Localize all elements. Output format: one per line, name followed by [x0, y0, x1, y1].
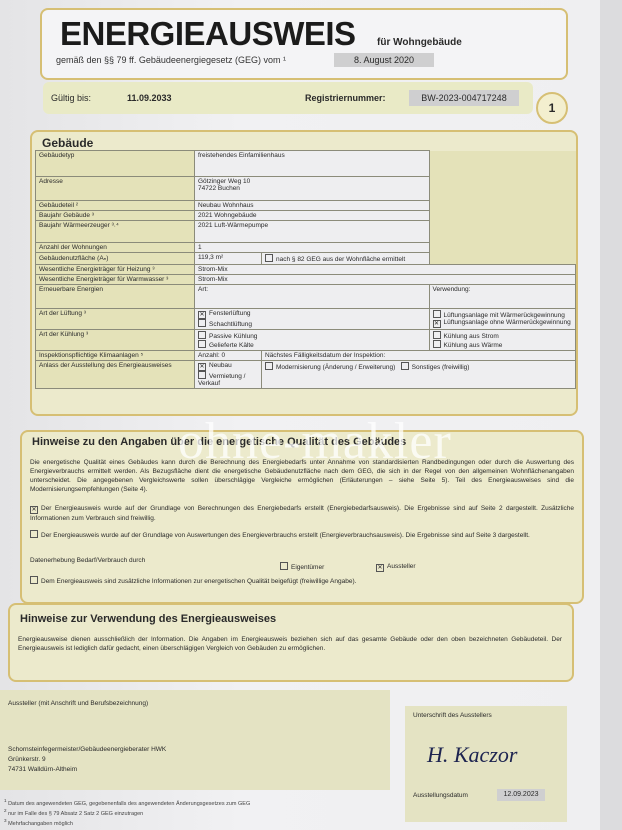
- gebaeude-section: Gebäude Gebäudetypfreistehendes Einfamil…: [30, 130, 578, 416]
- signature-label: Unterschrift des Ausstellers: [413, 712, 492, 719]
- value-energietraeger-heizung: Strom-Mix: [195, 265, 576, 275]
- law-date: 8. August 2020: [334, 53, 434, 67]
- date-label: Ausstellungsdatum: [413, 792, 468, 799]
- kuehlung-options-a[interactable]: Passive KühlungGelieferte Kälte: [195, 330, 430, 351]
- option-aussteller[interactable]: ✕Aussteller: [376, 562, 456, 572]
- signature: H. Kaczor: [427, 742, 517, 768]
- label-energietraeger-warmwasser: Wesentliche Energieträger für Warmwasser…: [36, 275, 195, 285]
- checkbox-icon[interactable]: [265, 254, 273, 262]
- checkbox-icon: [198, 319, 206, 327]
- aussteller-line2: Grünkerstr. 9: [8, 756, 46, 763]
- label-baujahr-gebaeude: Baujahr Gebäude ³: [36, 211, 195, 221]
- document-subtitle: für Wohngebäude: [377, 37, 462, 48]
- verwendung-section: Hinweise zur Verwendung des Energieauswe…: [8, 603, 574, 682]
- checkbox-icon: [198, 340, 206, 348]
- verwendung-title: Hinweise zur Verwendung des Energieauswe…: [20, 613, 276, 625]
- lueftung-options-b[interactable]: Lüftungsanlage mit Wärmerückgewinnung✕Lü…: [429, 309, 576, 330]
- aussteller-label: Aussteller (mit Anschrift und Berufsbeze…: [8, 700, 148, 707]
- value-baujahr-gebaeude: 2021 Wohngebäude: [195, 211, 430, 221]
- value-nutzflaeche: 119,3 m²: [195, 253, 262, 265]
- watermark: ohne-makler: [178, 412, 452, 471]
- label-energietraeger-heizung: Wesentliche Energieträger für Heizung ³: [36, 265, 195, 275]
- page-edge: [600, 0, 622, 830]
- value-inspektion: Nächstes Fälligkeitsdatum der Inspektion…: [262, 351, 576, 361]
- kuehlung-options-b[interactable]: Kühlung aus StromKühlung aus Wärme: [429, 330, 576, 351]
- label-klimaanlagen: Inspektionspflichtige Klimaanlagen ⁵: [36, 351, 195, 361]
- title-box: ENERGIEAUSWEIS für Wohngebäude gemäß den…: [40, 8, 568, 80]
- checkbox-icon: [433, 310, 441, 318]
- page-number-badge: 1: [536, 92, 568, 124]
- registration-number: BW-2023-004717248: [409, 90, 519, 106]
- value-baujahr-waermeerzeuger: 2021 Luft-Wärmepumpe: [195, 221, 430, 243]
- option-verbrauch[interactable]: Der Energieausweis wurde auf der Grundla…: [30, 530, 574, 540]
- option-eigentuemer[interactable]: Eigentümer: [280, 562, 360, 572]
- checkbox-checked-icon: ✕: [198, 311, 206, 319]
- checkbox-icon: [198, 331, 206, 339]
- verwendung-text: Energieausweise dienen ausschließlich de…: [18, 635, 562, 653]
- valid-label: Gültig bis:: [51, 93, 91, 103]
- anlass-options-b[interactable]: Modernisierung (Änderung / Erweiterung) …: [262, 361, 576, 389]
- valid-value: 11.09.2033: [127, 93, 172, 103]
- aussteller-line3: 74731 Walldürn-Altheim: [8, 766, 77, 773]
- label-baujahr-waermeerzeuger: Baujahr Wärmeerzeuger ³˒⁴: [36, 221, 195, 243]
- label-gebaeudetyp: Gebäudetyp: [36, 151, 195, 177]
- value-adresse: Götzinger Weg 1074722 Buchen: [195, 177, 430, 201]
- value-gebaeudeteil: Neubau Wohnhaus: [195, 201, 430, 211]
- lueftung-options-a[interactable]: ✕FensterlüftungSchachtlüftung: [195, 309, 430, 330]
- value-anzahl-wohnungen: 1: [195, 243, 430, 253]
- label-lueftung: Art der Lüftung ³: [36, 309, 195, 330]
- gebaeude-table: Gebäudetypfreistehendes Einfamilienhaus …: [35, 150, 576, 389]
- aussteller-line1: Schornsteinfegermeister/Gebäudeenergiebe…: [8, 746, 166, 753]
- document-title: ENERGIEAUSWEIS: [60, 15, 356, 53]
- value-erneuerbare-verwendung: Verwendung:: [429, 285, 576, 309]
- option-bedarf[interactable]: ✕Der Energieausweis wurde auf der Grundl…: [30, 504, 574, 523]
- reg-label: Registriernummer:: [305, 93, 386, 103]
- label-anzahl-wohnungen: Anzahl der Wohnungen: [36, 243, 195, 253]
- value-gebaeudetyp: freistehendes Einfamilienhaus: [195, 151, 430, 177]
- aussteller-panel: Aussteller (mit Anschrift und Berufsbeze…: [0, 690, 390, 790]
- value-energietraeger-warmwasser: Strom-Mix: [195, 275, 576, 285]
- law-reference: gemäß den §§ 79 ff. Gebäudeenergiegesetz…: [56, 55, 286, 65]
- label-adresse: Adresse: [36, 177, 195, 201]
- label-anlass: Anlass der Ausstellung des Energieauswei…: [36, 361, 195, 389]
- value-erneuerbare-art: Art:: [195, 285, 430, 309]
- issue-date: 12.09.2023: [497, 789, 545, 801]
- checkbox-icon: [433, 331, 441, 339]
- label-gebaeudeteil: Gebäudeteil ²: [36, 201, 195, 211]
- value-klimaanlagen: Anzahl: 0: [195, 351, 262, 361]
- label-kuehlung: Art der Kühlung ³: [36, 330, 195, 351]
- option-wohnflaeche[interactable]: nach § 82 GEG aus der Wohnfläche ermitte…: [262, 253, 430, 265]
- option-zusatz[interactable]: Dem Energieausweis sind zusätzliche Info…: [30, 576, 574, 586]
- label-nutzflaeche: Gebäudenutzfläche (Aₙ): [36, 253, 195, 265]
- label-erneuerbare: Erneuerbare Energien: [36, 285, 195, 309]
- checkbox-checked-icon: ✕: [433, 320, 441, 328]
- footnote-2: 2 nur im Falle des § 79 Absatz 2 Satz 2 …: [4, 808, 143, 817]
- footnote-3: 3 Mehrfachangaben möglich: [4, 818, 73, 827]
- checkbox-icon: [433, 340, 441, 348]
- validity-row: Gültig bis: 11.09.2033 Registriernummer:…: [43, 82, 533, 114]
- gebaeude-title: Gebäude: [42, 136, 93, 150]
- signature-panel: Unterschrift des Ausstellers H. Kaczor A…: [405, 706, 567, 822]
- anlass-options-a[interactable]: ✕NeubauVermietung / Verkauf: [195, 361, 262, 389]
- footnote-1: 1 Datum des angewendeten GEG, gegebenenf…: [4, 798, 250, 807]
